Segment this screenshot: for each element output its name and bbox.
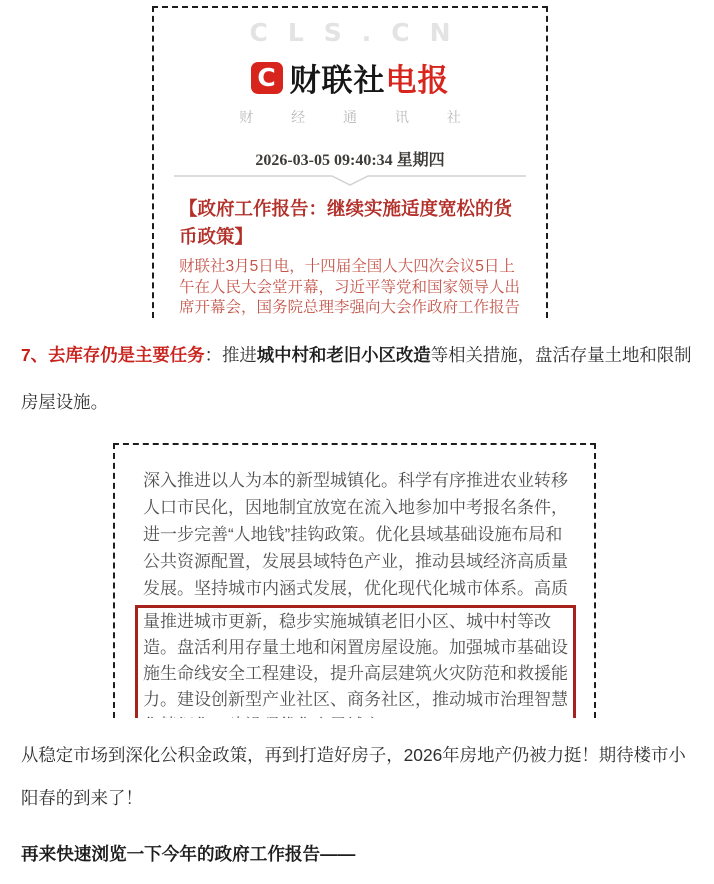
cls-brand-black: 财联社	[290, 63, 386, 98]
cls-watermark: CLS.CN	[154, 18, 546, 47]
report-text-before-box: 深入推进以人为本的新型城镇化。科学有序推进农业转移人口市民化，因地制宜放宽在流入…	[143, 471, 568, 598]
report-text-in-box: 量推进城市更新，稳步实施城镇老旧小区、城中村等改造。盘活利用存量土地和闲置房屋设…	[143, 612, 568, 718]
closing-paragraph: 从稳定市场到深化公积金政策，再到打造好房子，2026年房地产仍被力挺！期待楼市小…	[21, 734, 693, 820]
cls-brand-name: 财联社电报	[290, 55, 450, 100]
article-page: CLS.CN C 财联社电报 财 经 通 讯 社 2026-03-05 09:4…	[0, 0, 714, 884]
report-text: 深入推进以人为本的新型城镇化。科学有序推进农业转移人口市民化，因地制宜放宽在流入…	[143, 467, 568, 718]
cls-brand-red: 电报	[386, 63, 450, 98]
key-point-emphasis: 城中村和老旧小区改造	[257, 345, 431, 365]
highlight-box: 量推进城市更新，稳步实施城镇老旧小区、城中村等改造。盘活利用存量土地和闲置房屋设…	[135, 605, 576, 718]
telegram-datetime: 2026-03-05 09:40:34 星期四	[154, 147, 546, 170]
key-point-sep: ：推进	[205, 345, 257, 365]
divider-notch	[172, 174, 528, 187]
next-section-lead: 再来快速浏览一下今年的政府工作报告——	[21, 840, 693, 868]
telegram-body: 财联社3月5日电，十四届全国人大四次会议5日上午在人民大会堂开幕，习近平等党和国…	[179, 257, 521, 318]
report-quote-card[interactable]: 深入推进以人为本的新型城镇化。科学有序推进农业转移人口市民化，因地制宜放宽在流入…	[113, 443, 596, 718]
key-point-lead: 7、去库存仍是主要任务	[21, 345, 205, 365]
cls-logo-letter: C	[257, 63, 275, 92]
key-point-paragraph: 7、去库存仍是主要任务：推进城中村和老旧小区改造等相关措施，盘活存量土地和限制房…	[21, 332, 693, 426]
cls-tagline: 财 经 通 讯 社	[154, 107, 546, 127]
telegram-headline: 【政府工作报告：继续实施适度宽松的货币政策】	[179, 195, 521, 251]
cls-telegram-card[interactable]: CLS.CN C 财联社电报 财 经 通 讯 社 2026-03-05 09:4…	[152, 6, 548, 318]
cls-logo: C 财联社电报	[154, 55, 546, 100]
cls-logo-icon: C	[251, 62, 283, 94]
